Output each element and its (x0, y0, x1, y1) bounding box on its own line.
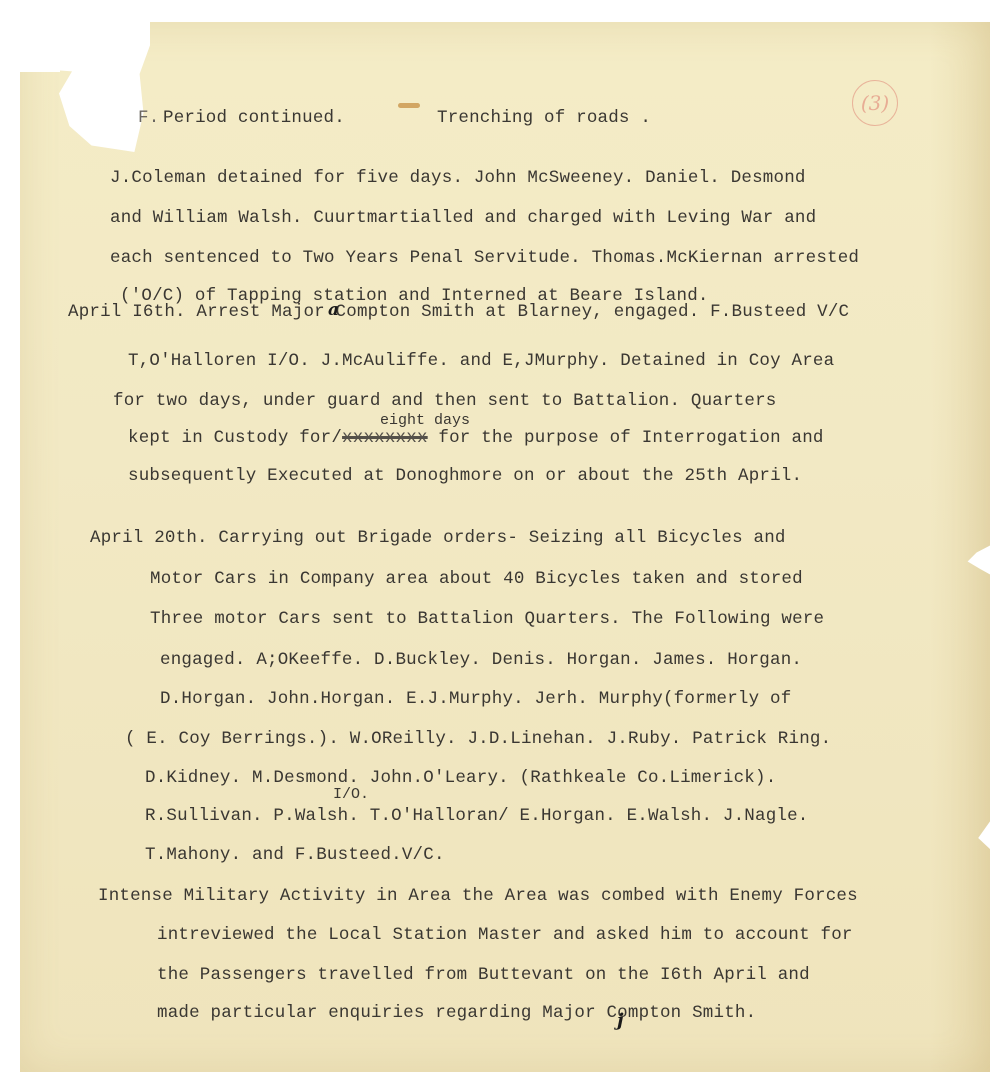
text-line: the Passengers travelled from Buttevant … (157, 965, 810, 985)
heading-text: Period continued. (163, 108, 345, 128)
text-line: and William Walsh. Cuurtmartialled and c… (110, 208, 816, 228)
text-line: intreviewed the Local Station Master and… (157, 925, 853, 945)
text-line: Intense Military Activity in Area the Ar… (98, 886, 858, 906)
text-line: April I6th. Arrest Major Compton Smith a… (68, 302, 849, 322)
handwritten-correction: j (617, 1010, 624, 1031)
text-line: ( E. Coy Berrings.). W.OReilly. J.D.Line… (125, 729, 831, 749)
text-line: for two days, under guard and then sent … (113, 391, 777, 411)
text-line: engaged. A;OKeeffe. D.Buckley. Denis. Ho… (160, 650, 802, 670)
text-line: kept in Custody for/xxxxxxxx for the pur… (128, 428, 824, 448)
heading-prefix: F. (138, 108, 159, 128)
text-line: Motor Cars in Company area about 40 Bicy… (150, 569, 803, 589)
text-line: April 20th. Carrying out Brigade orders-… (90, 528, 786, 548)
text-line: T,O'Halloren I/O. J.McAuliffe. and E,JMu… (128, 351, 834, 371)
struck-out-text: xxxxxxxx (342, 428, 428, 448)
text-line: D.Horgan. John.Horgan. E.J.Murphy. Jerh.… (160, 689, 791, 709)
rust-stain (398, 103, 420, 108)
text-line: subsequently Executed at Donoghmore on o… (128, 466, 802, 486)
handwritten-correction: a (328, 300, 339, 320)
heading-subject: Trenching of roads . (437, 108, 651, 128)
text-line: R.Sullivan. P.Walsh. T.O'Halloran/ E.Hor… (145, 806, 809, 826)
text-line: J.Coleman detained for five days. John M… (110, 168, 806, 188)
typed-insertion: I/O. (333, 786, 369, 803)
text-line: made particular enquiries regarding Majo… (157, 1003, 756, 1023)
text-line: T.Mahony. and F.Busteed.V/C. (145, 845, 445, 865)
text-line: each sentenced to Two Years Penal Servit… (110, 248, 859, 268)
typed-insertion: eight days (380, 412, 470, 429)
text-line: Three motor Cars sent to Battalion Quart… (150, 609, 824, 629)
text-segment: for the purpose of Interrogation and (428, 428, 824, 448)
text-line: D.Kidney. M.Desmond. John.O'Leary. (Rath… (145, 768, 776, 788)
text-segment: kept in Custody for/ (128, 428, 342, 448)
torn-corner-edge (20, 22, 60, 72)
page-number-stamp: (3) (852, 80, 898, 126)
